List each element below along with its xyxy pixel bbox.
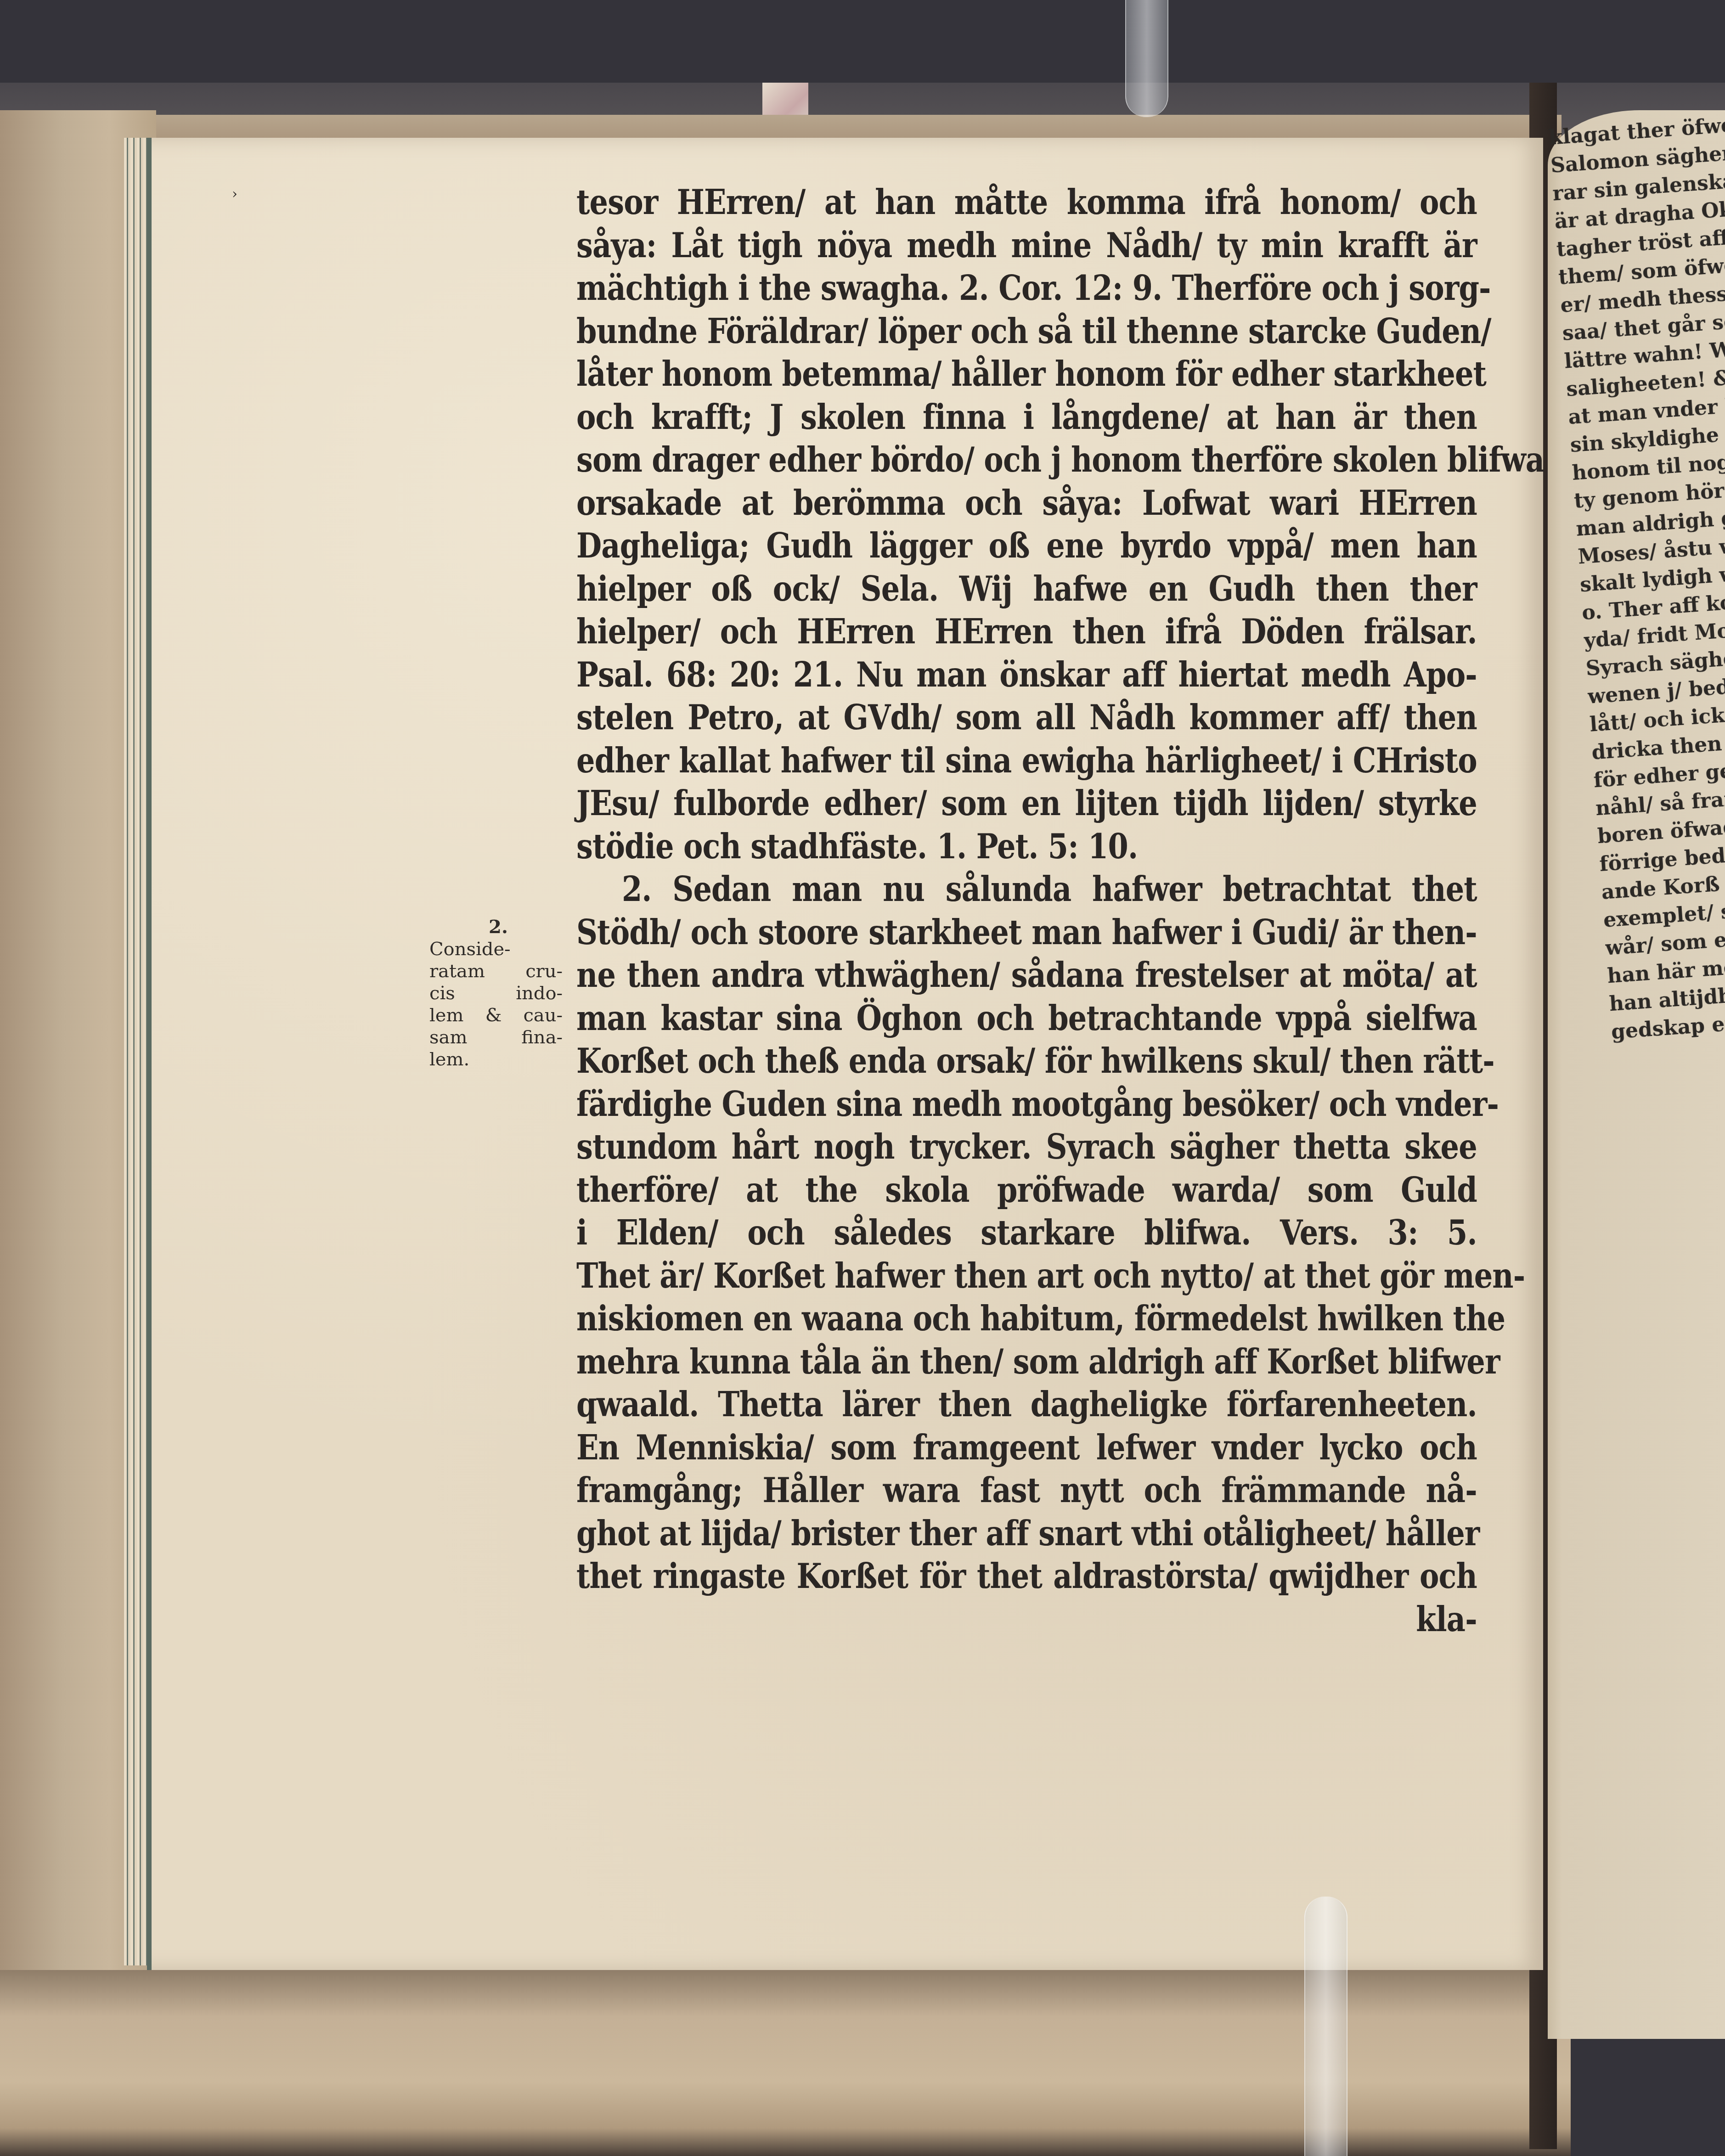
text-line: mächtigh i the swagha. 2. Cor. 12: 9. Th… [576,267,1477,310]
text-line: framgång; Håller wara fast nytt och främ… [576,1469,1477,1513]
marginal-note-line: lem. [429,1048,563,1070]
text-line: man kastar sina Öghon och betrachtande v… [576,997,1477,1041]
text-line: qwaald. Thetta lärer then dagheligke för… [576,1384,1477,1427]
text-line: Dagheliga; Gudh lägger oß ene byrdo vppå… [576,525,1477,568]
marginal-note-line: sam fina- [429,1026,563,1048]
text-line: färdighe Guden sina medh mootgång besöke… [576,1083,1477,1126]
text-line: 2. Sedan man nu sålunda hafwer betrachta… [576,868,1477,912]
text-line: stödie och stadhfäste. 1. Pet. 5: 10. [576,826,1477,869]
marginal-note-line: ratam cru- [429,960,563,982]
text-line: Stödh/ och stoore starkheet man hafwer i… [576,912,1477,955]
text-line: ghot at lijda/ brister ther aff snart vt… [576,1513,1477,1556]
text-line: i Elden/ och således starkare blifwa. Ve… [576,1212,1477,1255]
glass-page-holder-top [1125,0,1168,117]
text-line: bundne Föräldrar/ löper och så til thenn… [576,310,1477,354]
text-line: som drager edher bördo/ och j honom ther… [576,439,1477,482]
text-line: hielper/ och HErren HErren then ifrå Död… [576,611,1477,654]
text-line: tesor HErren/ at han måtte komma ifrå ho… [576,181,1477,225]
text-line: En Menniskia/ som framgeent lefwer vnder… [576,1427,1477,1470]
text-line: Korßet och theß enda orsak/ för hwilkens… [576,1040,1477,1083]
text-line: låter honom betemma/ håller honom för ed… [576,353,1477,396]
text-line: hielper oß ock/ Sela. Wij hafwe en Gudh … [576,568,1477,611]
text-line: ne then andra vthwäghen/ sådana frestels… [576,954,1477,997]
text-line: therföre/ at the skola pröfwade warda/ s… [576,1169,1477,1212]
text-line: thet ringaste Korßet för thet aldrastörs… [576,1555,1477,1599]
text-line: niskiomen en waana och habitum, förmedel… [576,1298,1477,1341]
text-line: stundom hårt nogh trycker. Syrach sägher… [576,1126,1477,1169]
marginal-note-number: 2. [429,916,563,938]
marginal-note-line: cis indo- [429,982,563,1004]
text-line: edher kallat hafwer til sina ewigha härl… [576,740,1477,783]
text-line: stelen Petro, at GVdh/ som all Nådh komm… [576,697,1477,740]
text-line: såya: Låt tigh nöya medh mine Nådh/ ty m… [576,225,1477,268]
text-line: och krafft; J skolen finna i långdene/ a… [576,396,1477,439]
marginal-note: 2. Conside-ratam cru-cis indo-lem & cau-… [429,916,563,1070]
text-line: Thet är/ Korßet hafwer then art och nytt… [576,1255,1477,1298]
text-line: orsakade at berömma och såya: Lofwat war… [576,482,1477,525]
text-line: mehra kunna tåla än then/ som aldrigh af… [576,1341,1477,1384]
catchword: kla- [576,1599,1477,1642]
marginal-note-line: Conside- [429,938,563,960]
page-edge-line [147,138,152,1970]
text-line: JEsu/ fulborde edher/ som en lijten tijd… [576,782,1477,826]
main-text-block: tesor HErren/ at han måtte komma ifrå ho… [576,181,1477,1641]
page-mark: › [232,186,237,202]
text-line: Psal. 68: 20: 21. Nu man önskar aff hier… [576,654,1477,697]
glass-page-holder-bottom [1304,1897,1347,2156]
marginal-note-line: lem & cau- [429,1004,563,1026]
